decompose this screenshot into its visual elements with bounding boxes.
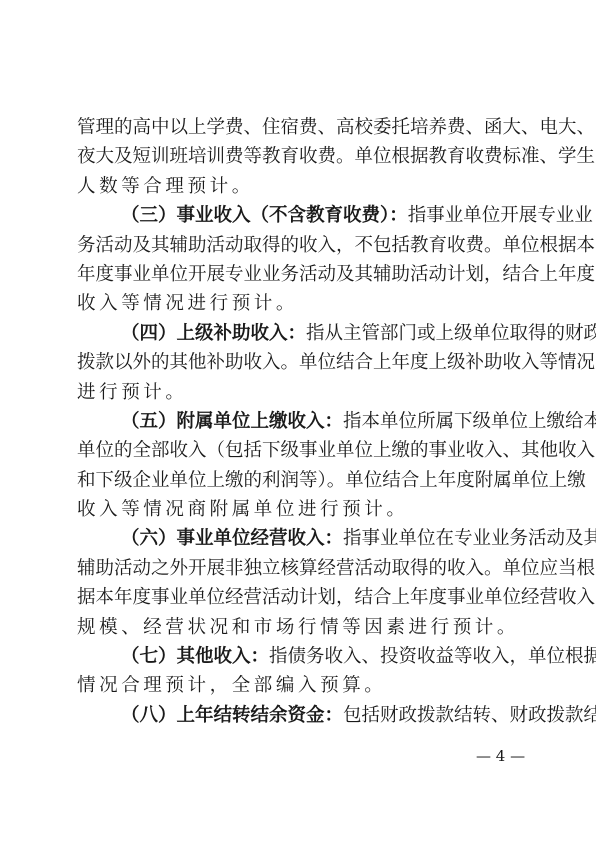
- section-heading: （五）附属单位上缴收入：: [121, 411, 343, 432]
- text-line: 规模、经营状况和市场行情等因素进行预计。: [77, 613, 522, 642]
- section-heading-line: （五）附属单位上缴收入：指本单位所属下级单位上缴给本: [77, 407, 522, 436]
- text-line: 和下级企业单位上缴的利润等）。单位结合上年度附属单位上缴: [77, 466, 522, 495]
- text-line: 收入等情况商附属单位进行预计。: [77, 495, 522, 524]
- section-heading: （八）上年结转结余资金：: [121, 705, 343, 726]
- section-heading-line: （三）事业收入（不含教育收费）：指事业单位开展专业业: [77, 201, 522, 230]
- text-line: 情况合理预计，全部编入预算。: [77, 671, 522, 700]
- text-line: 管理的高中以上学费、住宿费、高校委托培养费、函大、电大、: [77, 113, 522, 142]
- text-line: 进行预计。: [77, 378, 522, 407]
- section-heading: （三）事业收入（不含教育收费）：: [121, 205, 408, 226]
- text-line: 辅助活动之外开展非独立核算经营活动取得的收入。单位应当根: [77, 554, 522, 583]
- text-line: 收入等情况进行预计。: [77, 289, 522, 318]
- section-heading-line: （四）上级补助收入：指从主管部门或上级单位取得的财政: [77, 319, 522, 348]
- section-heading: （四）上级补助收入：: [121, 323, 306, 344]
- text-line: 年度事业单位开展专业业务活动及其辅助活动计划，结合上年度: [77, 260, 522, 289]
- section-heading: （七）其他收入：: [121, 646, 269, 667]
- section-heading: （六）事业单位经营收入：: [121, 528, 343, 549]
- text-line: 务活动及其辅助活动取得的收入，不包括教育收费。单位根据本: [77, 231, 522, 260]
- section-heading-line: （八）上年结转结余资金：包括财政拨款结转、财政拨款结: [77, 701, 522, 730]
- section-heading-line: （六）事业单位经营收入：指事业单位在专业业务活动及其: [77, 524, 522, 553]
- text-line: 人数等合理预计。: [77, 172, 522, 201]
- text-line: 单位的全部收入（包括下级事业单位上缴的事业收入、其他收入: [77, 436, 522, 465]
- section-heading-line: （七）其他收入：指债务收入、投资收益等收入，单位根据: [77, 642, 522, 671]
- page-number: — 4 —: [476, 747, 525, 765]
- text-line: 据本年度事业单位经营活动计划，结合上年度事业单位经营收入: [77, 583, 522, 612]
- text-line: 拨款以外的其他补助收入。单位结合上年度上级补助收入等情况: [77, 348, 522, 377]
- document-body: 管理的高中以上学费、住宿费、高校委托培养费、函大、电大、 夜大及短训班培训费等教…: [77, 113, 522, 730]
- text-line: 夜大及短训班培训费等教育收费。单位根据教育收费标准、学生: [77, 142, 522, 171]
